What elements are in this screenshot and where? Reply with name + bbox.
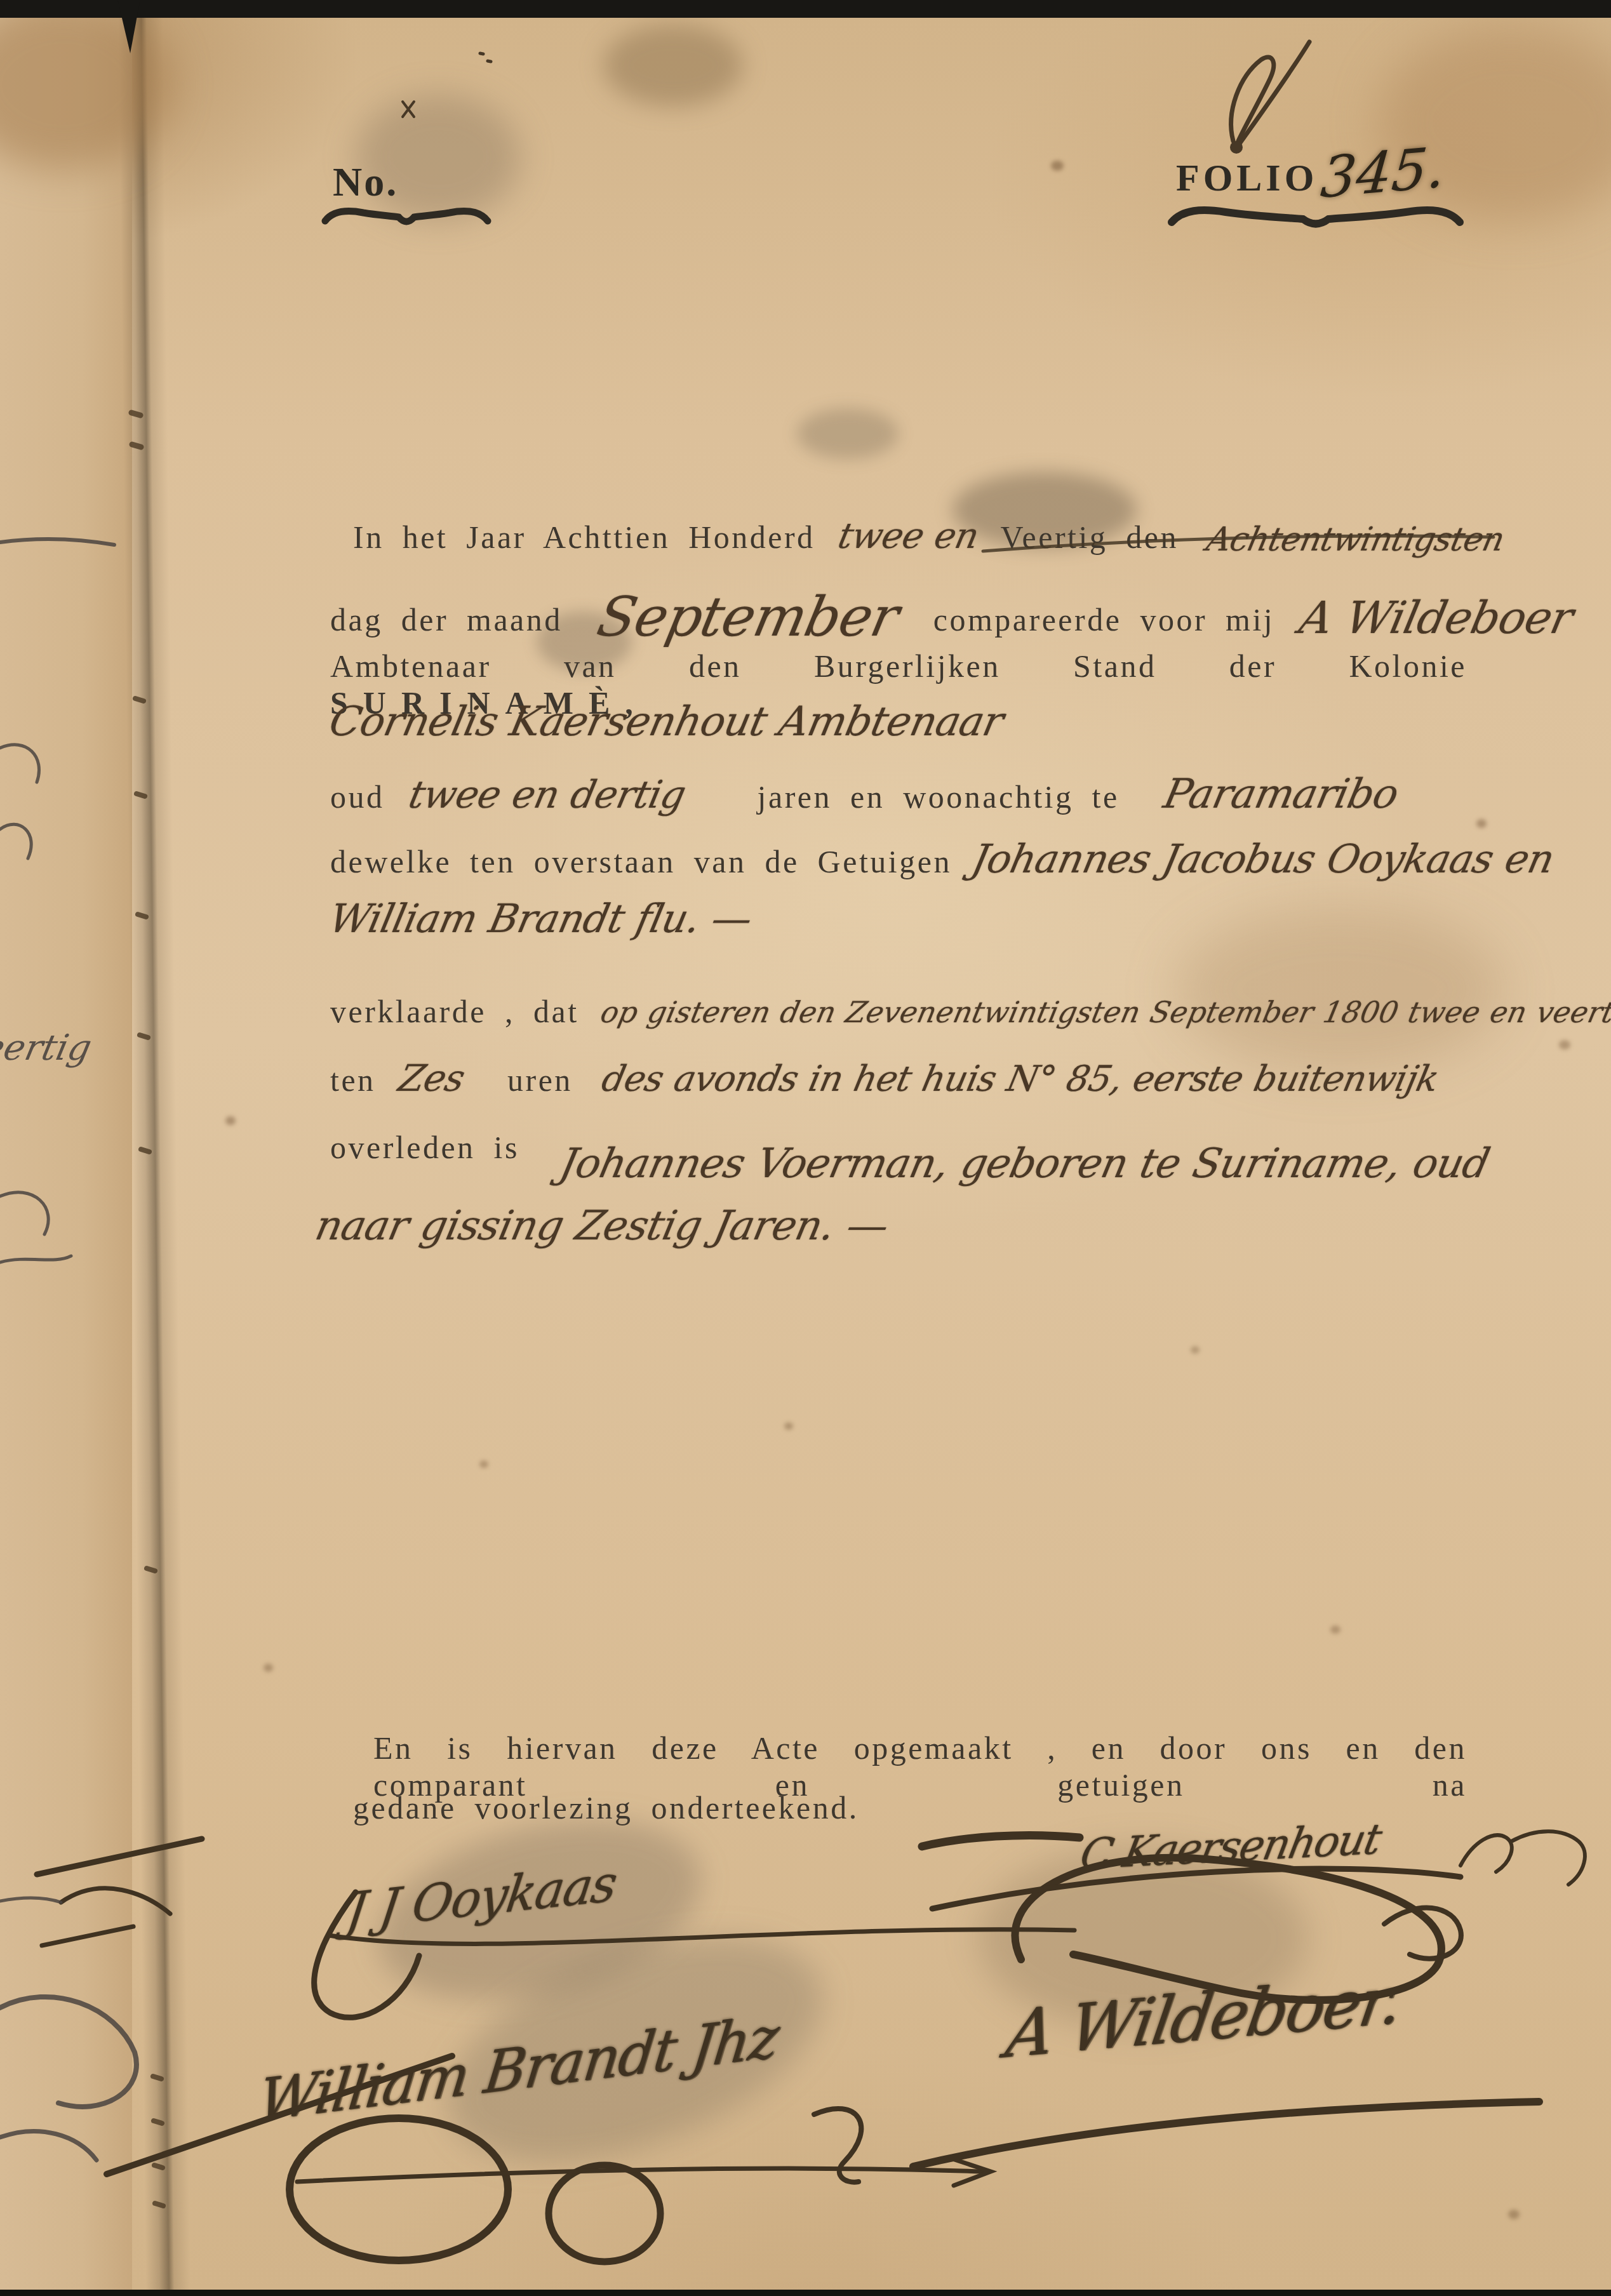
- margin-pen-strokes: [37, 1839, 202, 1874]
- prev-page-stroke-fragment: [0, 1192, 48, 1234]
- binding-stitch: [132, 444, 141, 447]
- day-word-overline: [983, 536, 1494, 551]
- no-underline-brace: [325, 211, 488, 222]
- scanned-register-page: No. FOLIO 345. In het Jaar Achttien Hond…: [0, 0, 1611, 2296]
- x-ink-mark: [403, 102, 414, 117]
- binding-stitch: [154, 2121, 162, 2123]
- prev-page-stroke-fragment: [0, 745, 39, 782]
- margin-pen-strokes: [42, 1926, 133, 1946]
- comparant-signature-scribble: [1461, 1835, 1512, 1872]
- paper-sheet: No. FOLIO 345. In het Jaar Achttien Hond…: [0, 18, 1611, 2291]
- binding-stitch: [137, 794, 145, 796]
- prev-page-stroke-fragment: [0, 539, 114, 545]
- ink-dots: [480, 53, 491, 62]
- witness1-signature-loop: [314, 1892, 419, 2017]
- prev-page-stroke-fragment: [0, 824, 31, 858]
- binding-stitch: [153, 2076, 161, 2079]
- official-signature-crossline: [932, 1869, 1461, 1909]
- witness1-signature-flourish: [329, 1930, 1074, 1944]
- prev-page-stroke-fragment: [0, 1997, 137, 2107]
- binding-stitch: [138, 914, 146, 917]
- ink-flourishes-layer: [0, 18, 1611, 2291]
- prev-page-stroke-fragment: [0, 1898, 61, 1902]
- binding-stitch: [131, 413, 140, 415]
- binding-stitch: [147, 1568, 155, 1571]
- binding-stitch: [141, 1149, 149, 1152]
- prev-page-stroke-fragment: [0, 2132, 97, 2160]
- binding-stitch: [140, 1035, 148, 1038]
- folio-underline-brace: [1172, 210, 1460, 224]
- margin-pen-strokes: [61, 1888, 170, 1914]
- binding-stitch: [135, 698, 144, 701]
- official-signature-underline: [913, 2102, 1539, 2166]
- witness2-signature-loop: [290, 2118, 508, 2260]
- comparant-signature-dash: [922, 1835, 1080, 1846]
- prev-page-stroke-fragment: [0, 1256, 71, 1262]
- witness2-signature-loop: [549, 2165, 660, 2262]
- comparant-signature-scribble: [1511, 1831, 1585, 1885]
- witness2-signature-tail: [814, 2109, 861, 2182]
- binding-stitch: [154, 2165, 163, 2168]
- binding-stitch: [155, 2203, 163, 2206]
- official-signature-oval: [1015, 1858, 1441, 2000]
- scan-bottom-edge: [0, 2290, 1611, 2296]
- paraph-ink-blot: [1230, 141, 1243, 154]
